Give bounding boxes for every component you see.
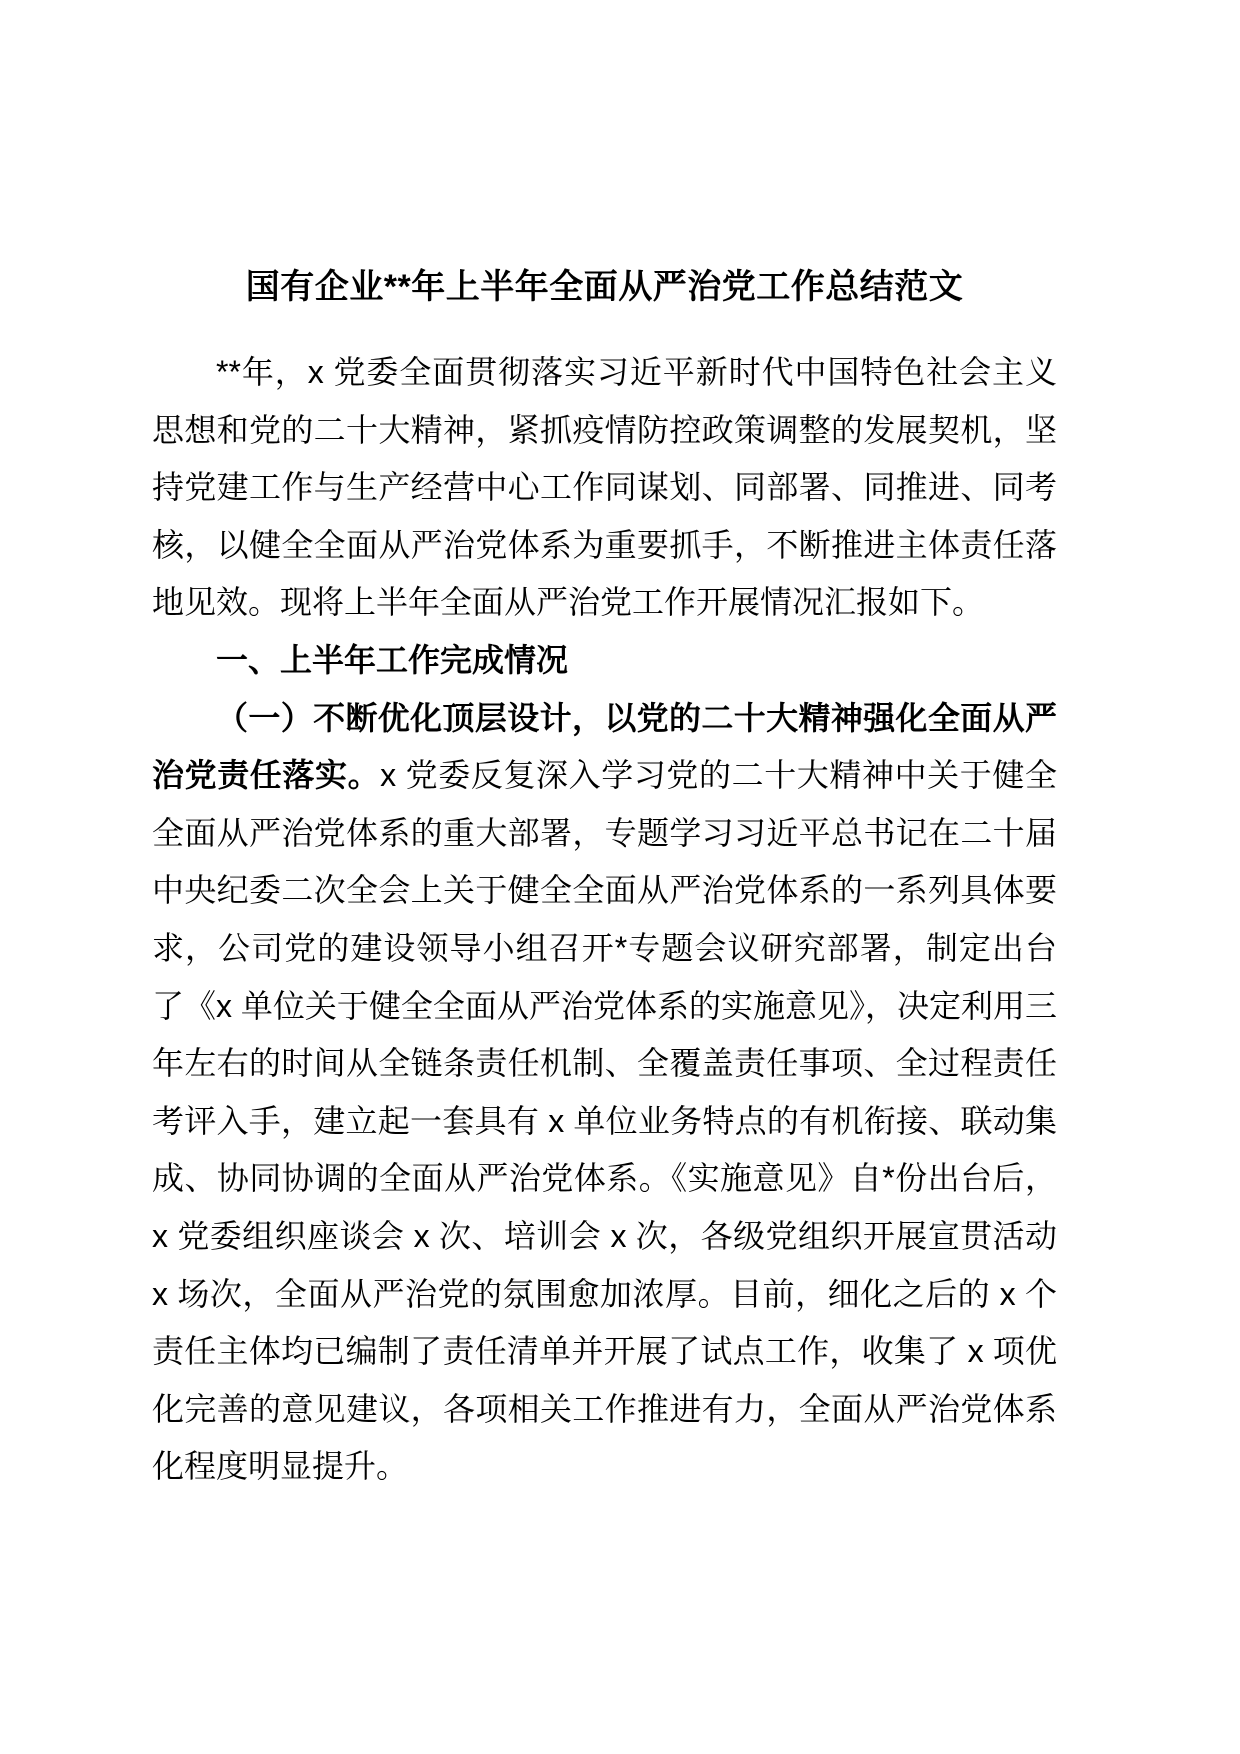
subsection-paragraph: （一）不断优化顶层设计，以党的二十大精神强化全面从严治党责任落实。x 党委反复深… xyxy=(152,690,1057,1496)
section-heading: 一、上半年工作完成情况 xyxy=(152,632,1057,690)
document-page: 国有企业**年上半年全面从严治党工作总结范文 **年，x 党委全面贯彻落实习近平… xyxy=(0,0,1240,1754)
subsection-body-text: x 党委反复深入学习党的二十大精神中关于健全全面从严治党体系的重大部署，专题学习… xyxy=(152,757,1057,1484)
intro-paragraph: **年，x 党委全面贯彻落实习近平新时代中国特色社会主义思想和党的二十大精神，紧… xyxy=(152,344,1057,632)
document-title: 国有企业**年上半年全面从严治党工作总结范文 xyxy=(152,258,1057,316)
